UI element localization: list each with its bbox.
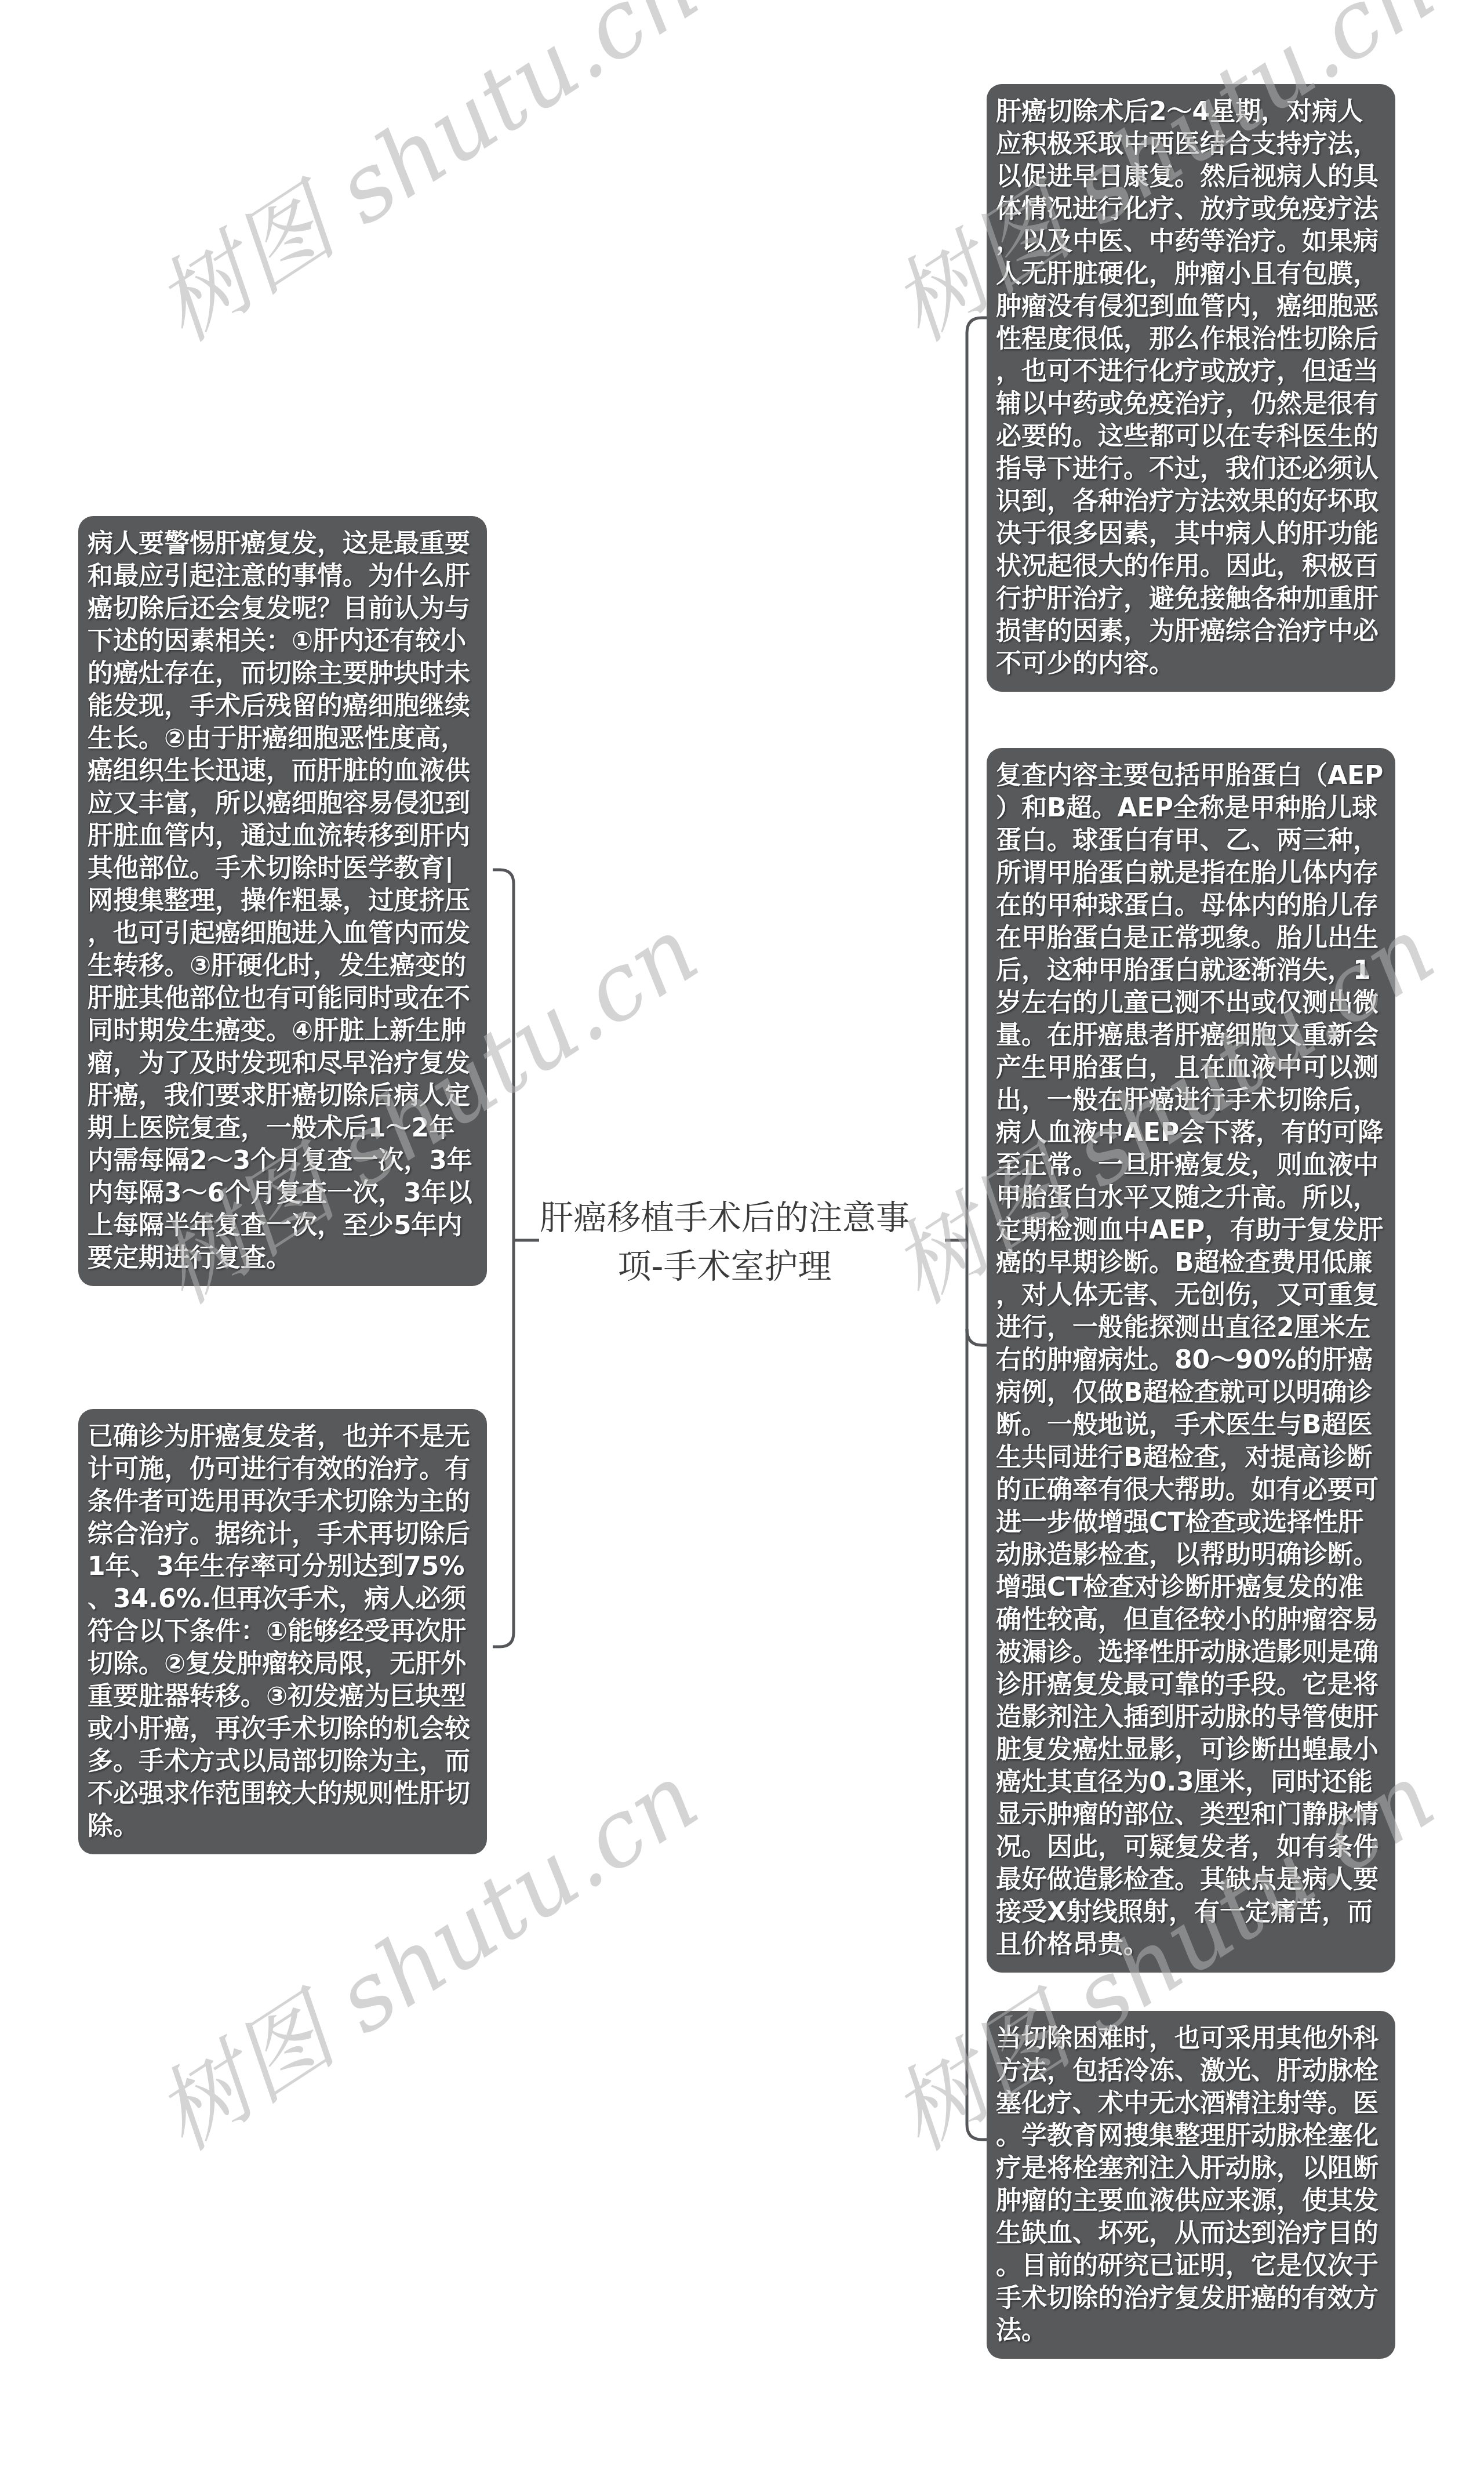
right-bracket-connector [967,318,987,2140]
branch-node-text: 复查内容主要包括甲胎蛋白（AEP）和B超。AEP全称是甲种胎儿球蛋白。球蛋白有甲… [996,761,1383,1959]
branch-node-text: 肝癌切除术后2～4星期，对病人应积极采取中西医结合支持疗法，以促进早日康复。然后… [996,97,1378,678]
branch-node-text: 病人要警惕肝癌复发，这是最重要和最应引起注意的事情。为什么肝癌切除后还会复发呢？… [88,529,472,1273]
branch-node-alternative-surgery: 当切除困难时，也可采用其他外科方法，包括冷冻、激光、肝动脉栓塞化疗、术中无水酒精… [987,2011,1395,2359]
left-bracket-connector [493,870,514,1647]
branch-node-confirmed-recurrence-treatment: 已确诊为肝癌复发者，也并不是无计可施，仍可进行有效的治疗。有条件者可选用再次手术… [78,1409,487,1854]
branch-node-text: 已确诊为肝癌复发者，也并不是无计可施，仍可进行有效的治疗。有条件者可选用再次手术… [88,1422,470,1841]
mindmap-canvas: 肝癌移植手术后的注意事项-手术室护理 病人要警惕肝癌复发，这是最重要和最应引起注… [0,0,1484,2484]
branch-node-postop-therapy: 肝癌切除术后2～4星期，对病人应积极采取中西医结合支持疗法，以促进早日康复。然后… [987,84,1395,692]
central-topic: 肝癌移植手术后的注意事项-手术室护理 [533,1193,916,1291]
right-middle-hook-connector [967,1329,987,1345]
branch-node-recurrence-warning: 病人要警惕肝癌复发，这是最重要和最应引起注意的事情。为什么肝癌切除后还会复发呢？… [78,516,487,1286]
branch-node-followup-exams: 复查内容主要包括甲胎蛋白（AEP）和B超。AEP全称是甲种胎儿球蛋白。球蛋白有甲… [987,748,1395,1973]
branch-node-text: 当切除困难时，也可采用其他外科方法，包括冷冻、激光、肝动脉栓塞化疗、术中无水酒精… [996,2024,1378,2345]
